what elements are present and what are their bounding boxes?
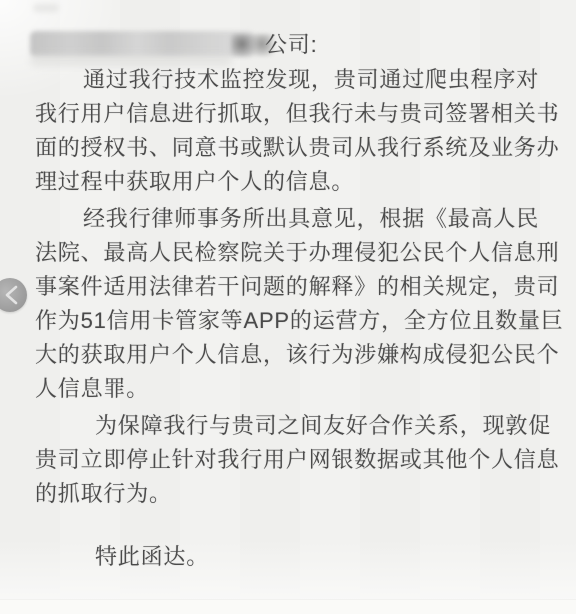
text-line: 理过程中获取用户个人的信息。 (35, 165, 562, 199)
heading-line: 公司: (35, 28, 562, 62)
text-line: 特此函达。 (35, 540, 562, 574)
letter-photo: 公司: 通过我行技术监控发现，贵司通过爬虫程序对 我行用户信息进行抓取，但我行未… (0, 0, 576, 614)
company-salutation: 公司: (265, 28, 318, 62)
text-line: 事案件适用法律若干问题的解释》的相关规定，贵司 (35, 270, 562, 304)
text-line: 我行用户信息进行抓取，但我行未与贵司签署相关书 (35, 97, 562, 131)
text-line: 的抓取行为。 (35, 477, 562, 511)
text-line: 为保障我行与贵司之间友好合作关系，现敦促 (35, 409, 562, 443)
chevron-left-icon (3, 283, 23, 307)
paragraph-demand: 为保障我行与贵司之间友好合作关系，现敦促 贵司立即停止针对我行用户网银数据或其他… (35, 409, 562, 511)
prev-image-button[interactable] (0, 278, 27, 312)
blurred-character (231, 34, 253, 56)
text-line: 贵司立即停止针对我行用户网银数据或其他个人信息 (35, 443, 562, 477)
text-line: 人信息罪。 (35, 372, 562, 406)
redacted-company-name (30, 31, 254, 57)
text-line: 通过我行技术监控发现，贵司通过爬虫程序对 (35, 63, 562, 97)
paragraph-legal-opinion: 经我行律师事务所出具意见，根据《最高人民 法院、最高人民检察院关于办理侵犯公民个… (35, 202, 562, 406)
photo-bottom-edge (0, 599, 576, 614)
redaction-smear (30, 55, 232, 66)
text-line: 面的授权书、同意书或默认贵司从我行系统及业务办 (35, 131, 562, 165)
text-line: 作为51信用卡管家等APP的运营方，全方位且数量巨 (35, 304, 562, 338)
paragraph-crawler-notice: 通过我行技术监控发现，贵司通过爬虫程序对 我行用户信息进行抓取，但我行未与贵司签… (35, 63, 562, 199)
text-line: 法院、最高人民检察院关于办理侵犯公民个人信息刑 (35, 236, 562, 270)
letter-body: 公司: 通过我行技术监控发现，贵司通过爬虫程序对 我行用户信息进行抓取，但我行未… (0, 0, 576, 577)
text-line: 大的获取用户个人信息，该行为涉嫌构成侵犯公民个 (35, 338, 562, 372)
paragraph-closing: 特此函达。 (35, 540, 562, 574)
text-line: 经我行律师事务所出具意见，根据《最高人民 (35, 202, 562, 236)
